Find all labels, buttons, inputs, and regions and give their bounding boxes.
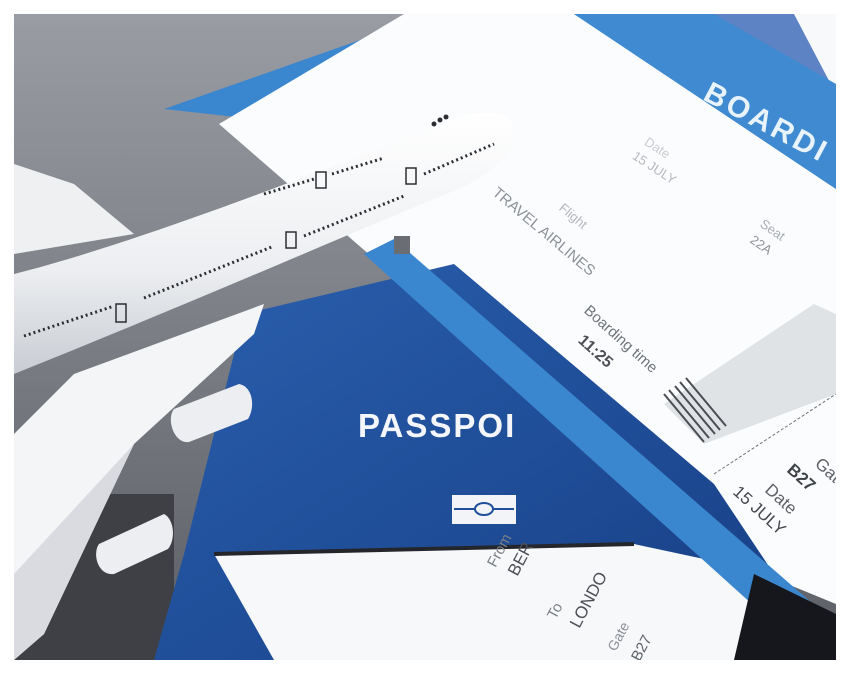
passport-title: PASSPOI <box>358 407 516 445</box>
travel-photo: PASSPOI BOARDI Date 15 JULY TRAVEL AIRLI… <box>14 14 836 660</box>
biometric-chip-icon <box>452 495 516 524</box>
